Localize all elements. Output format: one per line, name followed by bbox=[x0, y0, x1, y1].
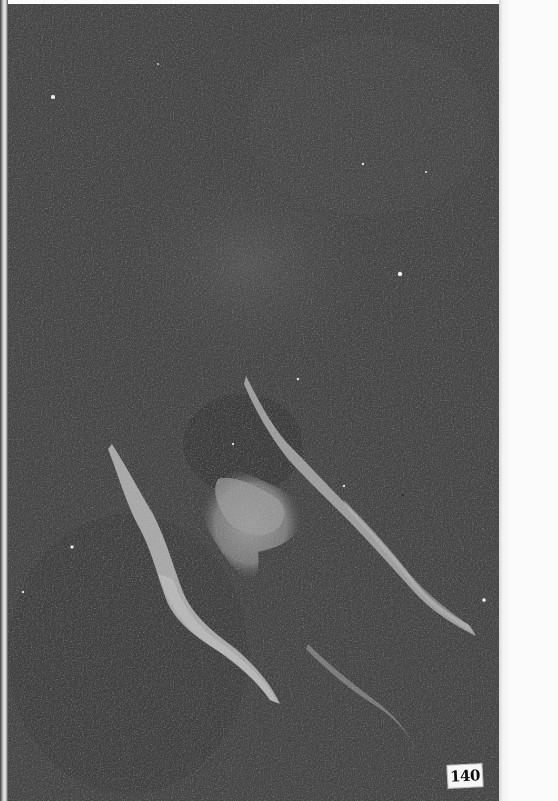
photo-illustration bbox=[8, 4, 499, 801]
binding-edge bbox=[0, 0, 8, 801]
page-number: 140 bbox=[446, 763, 483, 789]
scanned-page: 140 bbox=[0, 0, 558, 801]
halftone-photograph bbox=[8, 4, 499, 801]
page-margin bbox=[499, 0, 558, 801]
